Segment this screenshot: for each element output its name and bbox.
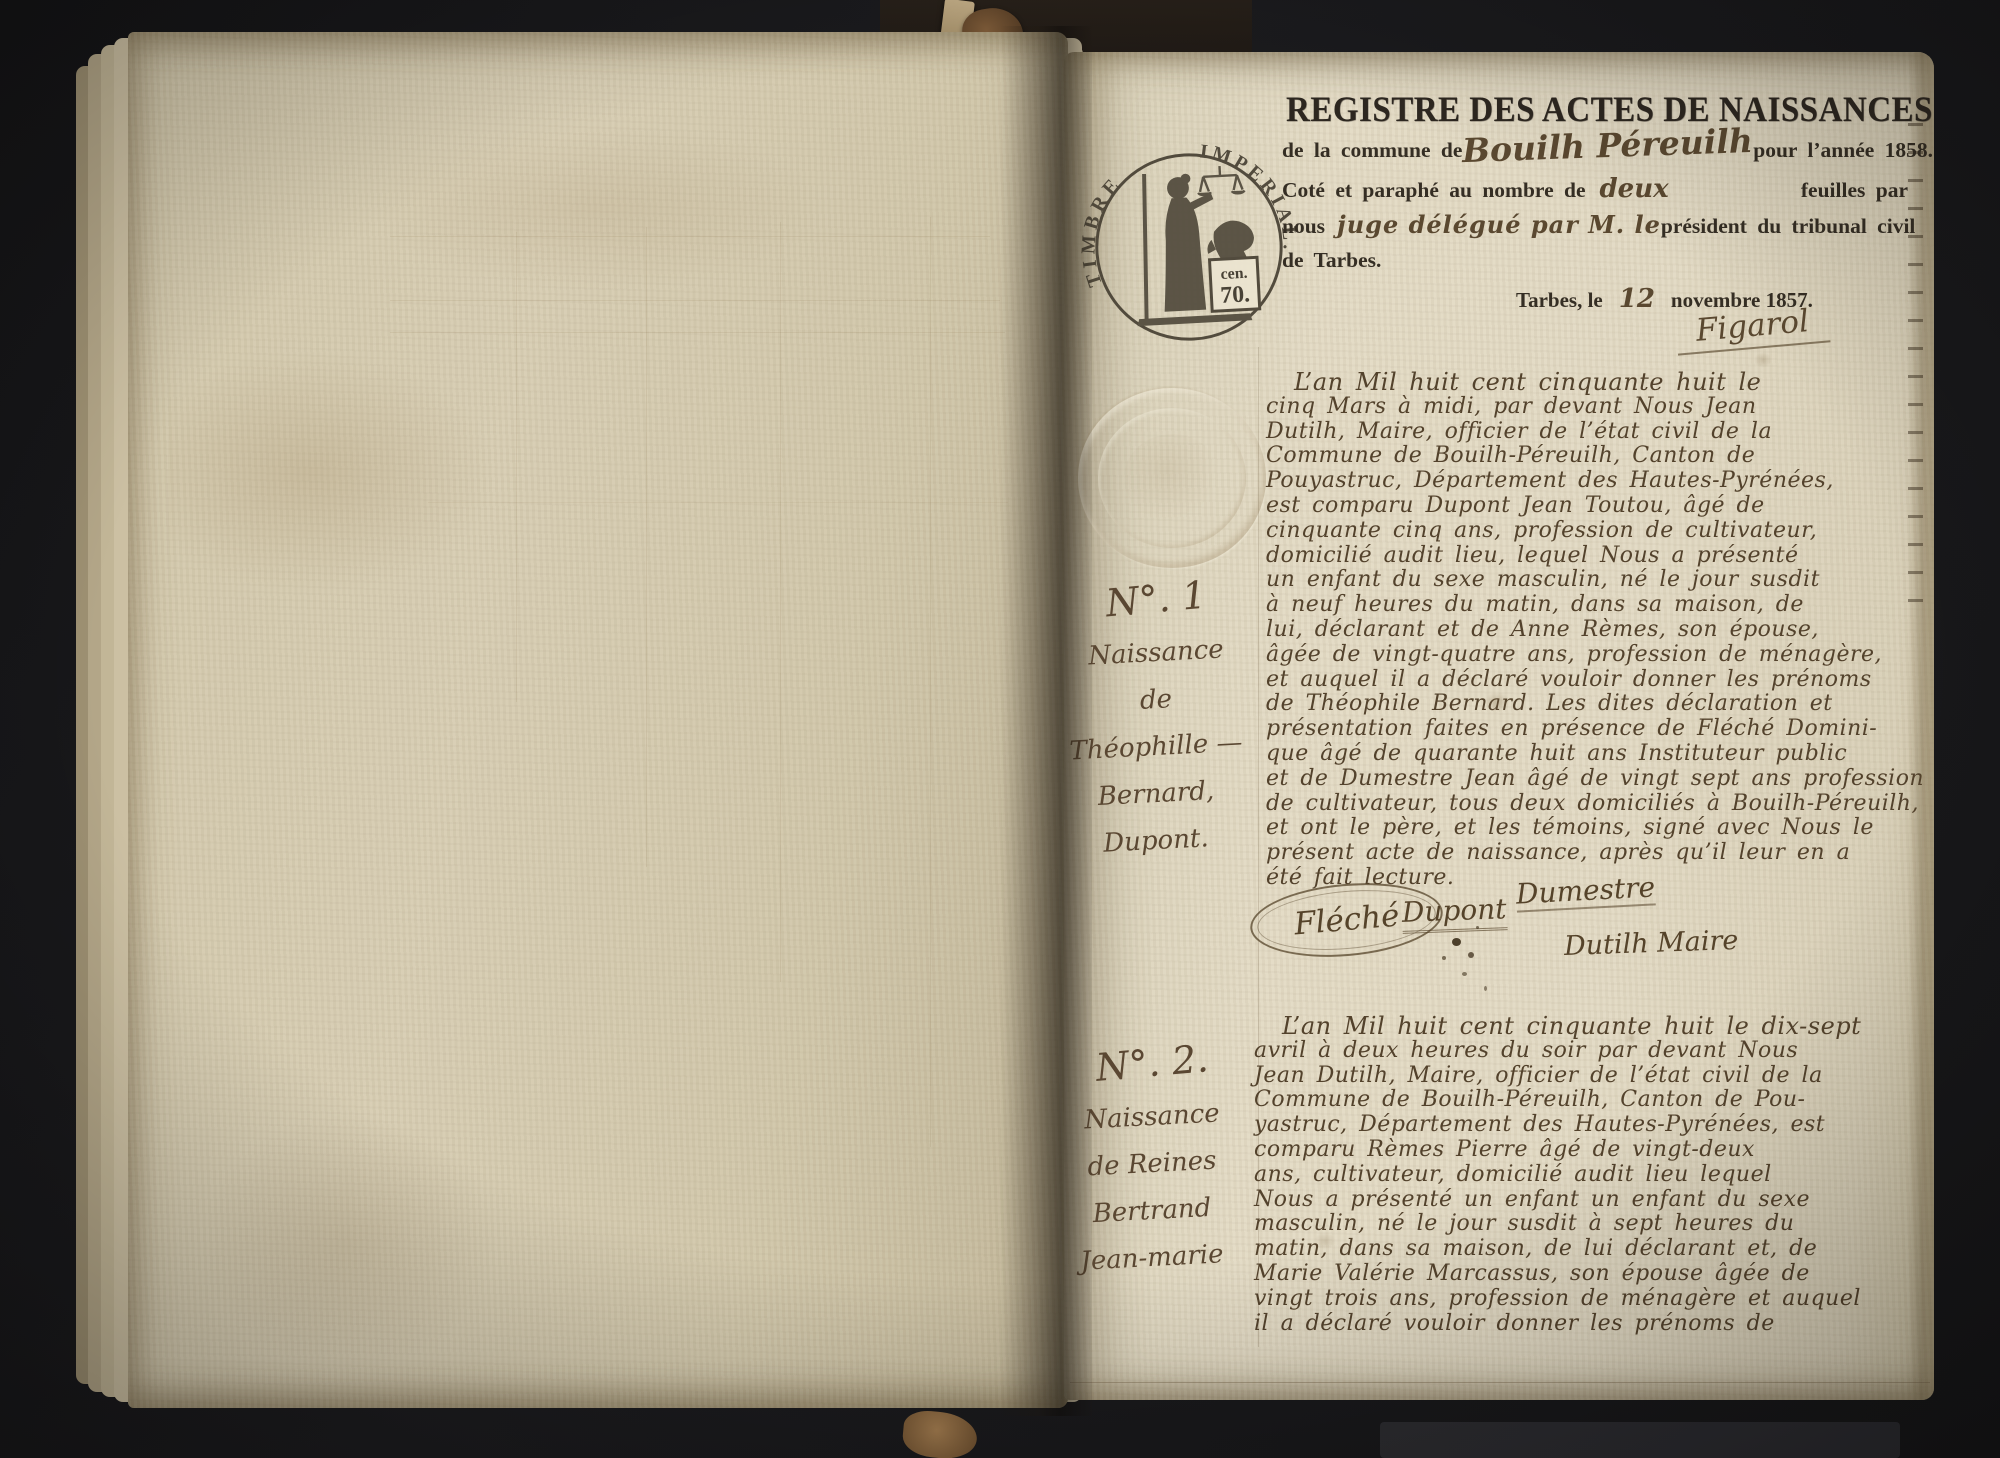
- act-body-line: et de Dumestre Jean âgé de vingt sept an…: [1266, 767, 1942, 792]
- stain: [168, 342, 508, 602]
- folio-line: Coté et paraphé au nombre de deux feuill…: [1282, 174, 1908, 204]
- act-body-line: est comparu Dupont Jean Toutou, âgé de: [1266, 494, 1942, 519]
- president-printed: président du tribunal civil: [1661, 214, 1916, 239]
- act-body-line: cinquante cinq ans, profession de cultiv…: [1266, 519, 1942, 544]
- show-through-line: [930, 217, 931, 1147]
- stain: [198, 1112, 498, 1372]
- act-body-line: L’an Mil huit cent cinquante huit le: [1266, 370, 1942, 395]
- stamp-value-small: cen.: [1220, 265, 1248, 283]
- show-through-line: [390, 236, 990, 237]
- ink-spots: [1424, 908, 1514, 998]
- imperial-eagle: [1206, 220, 1255, 260]
- act2-margin-note: N°. 2.Naissancede ReinesBertrandJean-mar…: [1050, 1032, 1254, 1282]
- act-body-line: domicilié audit lieu, lequel Nous a prés…: [1266, 544, 1942, 569]
- commune-prefix-printed: de la commune de: [1282, 138, 1462, 163]
- show-through-line: [428, 502, 1008, 503]
- left-page: [128, 32, 1068, 1408]
- date-place-printed: Tarbes, le: [1516, 288, 1603, 313]
- bottom-binding-patch: [901, 1409, 979, 1458]
- stain: [368, 122, 828, 292]
- commune-line: de la commune de Bouilh Péreuilh pour l’…: [1282, 134, 1908, 165]
- nous-printed: nous: [1282, 214, 1325, 239]
- page-bottom-rule: [1070, 1382, 1930, 1383]
- act1-body: L’an Mil huit cent cinquante huit lecinq…: [1266, 370, 1942, 891]
- act-body-line: Commune de Bouilh-Péreuilh, Canton de Po…: [1254, 1088, 1930, 1113]
- act-body-line: Commune de Bouilh-Péreuilh, Canton de: [1266, 444, 1942, 469]
- act-body-line: que âgé de quarante huit ans Instituteur…: [1266, 742, 1942, 767]
- act-body-line: Pouyastruc, Département des Hautes-Pyrén…: [1266, 469, 1942, 494]
- signature-dumestre: Dumestre: [1515, 870, 1656, 912]
- act-body-line: un enfant du sexe masculin, né le jour s…: [1266, 568, 1942, 593]
- margin-note-line: Jean-marie: [1049, 1230, 1255, 1288]
- delegate-note-handwritten: juge délégué par M. le: [1337, 210, 1661, 239]
- act2-body: L’an Mil huit cent cinquante huit le dix…: [1254, 1014, 1930, 1336]
- show-through-line: [390, 332, 1005, 333]
- act-body-line: lui, déclarant et de Anne Rèmes, son épo…: [1266, 618, 1942, 643]
- act-body-line: présentation faites en présence de Fléch…: [1266, 717, 1942, 742]
- act-body-line: L’an Mil huit cent cinquante huit le dix…: [1254, 1014, 1930, 1039]
- stamp-value-big: 70.: [1220, 281, 1251, 309]
- act-body-line: et auquel il a déclaré vouloir donner le…: [1266, 668, 1942, 693]
- act-body-line: avril à deux heures du soir par devant N…: [1254, 1039, 1930, 1064]
- act-body-line: il a déclaré vouloir donner les prénoms …: [1254, 1312, 1930, 1337]
- foxing-spot: [1754, 352, 1772, 368]
- act-body-line: ans, cultivateur, domicilié audit lieu l…: [1254, 1163, 1930, 1188]
- judge-line: nous juge délégué par M. le président du…: [1282, 210, 1908, 239]
- act1-margin-note: N°. 1NaissancedeThéophille —Bernard,Dupo…: [1054, 568, 1258, 865]
- act-body-line: de Théophile Bernard. Les dites déclarat…: [1266, 692, 1942, 717]
- act-body-line: Dutilh, Maire, officier de l’état civil …: [1266, 420, 1942, 445]
- paper-texture: [128, 32, 1068, 1408]
- right-page: TIMBRE IMPERIAL.: [1064, 52, 1934, 1400]
- show-through-line: [516, 232, 517, 702]
- act-body-line: de cultivateur, tous deux domiciliés à B…: [1266, 792, 1942, 817]
- act-body-line: matin, dans sa maison, de lui déclarant …: [1254, 1237, 1930, 1262]
- date-day-handwritten: 12: [1619, 284, 1655, 314]
- city-printed: de Tarbes.: [1282, 248, 1381, 273]
- bottom-cover-edge: [1380, 1422, 1900, 1458]
- act-body-line: Nous a présenté un enfant un enfant du s…: [1254, 1188, 1930, 1213]
- register-scan: TIMBRE IMPERIAL.: [0, 0, 2000, 1458]
- svg-text:TIMBRE: TIMBRE: [1074, 171, 1131, 290]
- timbre-imperial-stamp: TIMBRE IMPERIAL.: [1074, 132, 1303, 361]
- act-body-line: âgée de vingt-quatre ans, profession de …: [1266, 643, 1942, 668]
- show-through-line: [780, 222, 781, 982]
- year-suffix-printed: pour l’année 1858.: [1753, 138, 1933, 163]
- embossed-seal-eagle-relief: [1124, 434, 1220, 522]
- show-through-line: [390, 300, 1000, 301]
- act-body-line: Marie Valérie Marcassus, son épouse âgée…: [1254, 1262, 1930, 1287]
- margin-note-line: Dupont.: [1053, 813, 1259, 871]
- stamp-arc-left-text: TIMBRE: [1074, 171, 1131, 290]
- embossed-dry-seal: [1078, 388, 1266, 568]
- act-body-line: vingt trois ans, profession de ménagère …: [1254, 1287, 1930, 1312]
- register-title: REGISTRE DES ACTES DE NAISSANCES: [1286, 91, 1912, 131]
- act-body-line: et ont le père, et les témoins, signé av…: [1266, 816, 1942, 841]
- act-body-line: à neuf heures du matin, dans sa maison, …: [1266, 593, 1942, 618]
- act-body-line: cinq Mars à midi, par devant Nous Jean: [1266, 395, 1942, 420]
- stamp-value-cartouche: cen. 70.: [1210, 257, 1260, 311]
- act-body-line: yastruc, Département des Hautes-Pyrénées…: [1254, 1113, 1930, 1138]
- act-body-line: présent acte de naissance, après qu’il l…: [1266, 841, 1942, 866]
- act-body-line: comparu Rèmes Pierre âgé de vingt-deux: [1254, 1138, 1930, 1163]
- act-body-line: Jean Dutilh, Maire, officier de l’état c…: [1254, 1064, 1930, 1089]
- signature-mayor: Dutilh Maire: [1564, 925, 1739, 962]
- act-body-line: masculin, né le jour susdit à sept heure…: [1254, 1212, 1930, 1237]
- folio-count-handwritten: deux: [1600, 174, 1669, 204]
- city-line: de Tarbes.: [1282, 248, 1908, 273]
- folio-prefix-printed: Coté et paraphé au nombre de: [1282, 178, 1586, 203]
- show-through-line: [646, 227, 647, 867]
- folio-suffix-printed: feuilles par: [1801, 178, 1908, 203]
